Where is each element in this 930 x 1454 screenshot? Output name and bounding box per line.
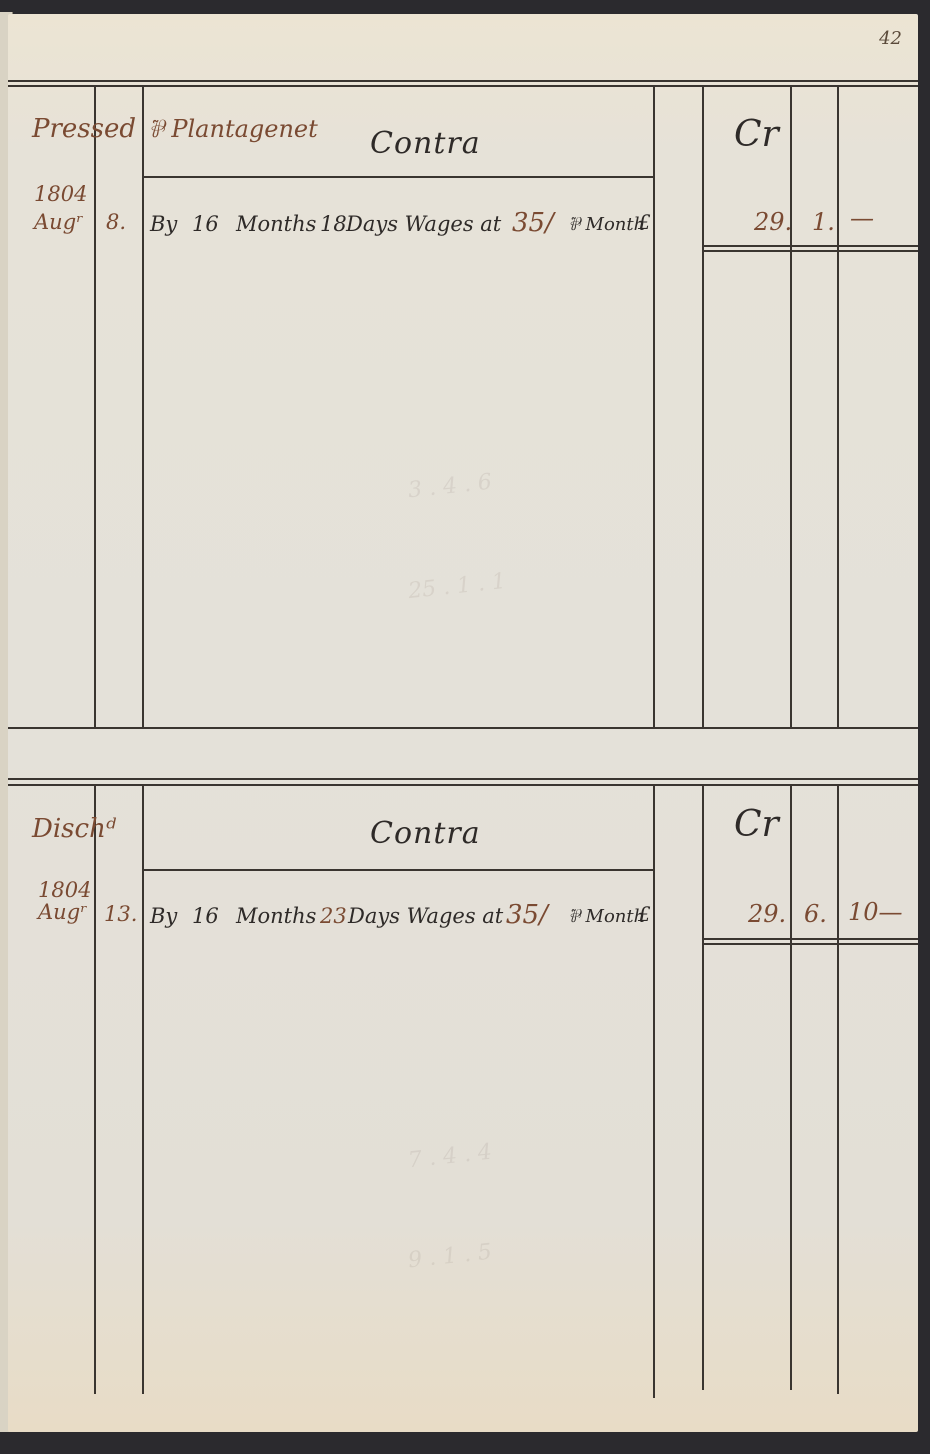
header-rule-bottom <box>8 85 918 87</box>
amount-shillings: 6. <box>804 900 827 928</box>
entry-day: 13. <box>104 902 137 926</box>
rate-suffix: ⅌ Month <box>568 904 645 928</box>
header-rule-bottom <box>8 784 918 786</box>
days-label: Days Wages at <box>346 212 501 236</box>
credit-heading: Cr <box>734 804 779 845</box>
bleed-through: 25 . 1 . 1 <box>407 569 507 604</box>
col-desc-folio <box>653 85 655 727</box>
amount-rule-2 <box>703 943 918 945</box>
contra-heading: Contra <box>370 126 481 161</box>
ledger-page: 42 Pressed ⅌ Plantagenet Contra Cr 1804 … <box>8 14 918 1432</box>
header-rule-top <box>8 80 918 82</box>
status-note: Dischᵈ <box>32 814 116 844</box>
col-pounds-shillings <box>790 784 792 1390</box>
status-note: Pressed <box>32 114 136 144</box>
months-count: 16 <box>192 904 219 928</box>
col-desc-folio <box>653 784 655 1398</box>
days-count: 18 <box>320 212 347 236</box>
bleed-through: 7 . 4 . 4 <box>407 1140 493 1174</box>
col-shillings-pence <box>837 784 839 1394</box>
amount-rule-1 <box>703 245 918 247</box>
entry-month: Augʳ <box>38 900 87 924</box>
entry-year: 1804 <box>38 878 91 902</box>
amount-shillings: 1. <box>812 208 835 236</box>
desc-prefix: By <box>150 904 177 928</box>
amount-rule-2 <box>703 250 918 252</box>
entry-day: 8. <box>106 210 126 234</box>
col-pounds-shillings <box>790 85 792 727</box>
col-date-day <box>94 784 96 1394</box>
amount-pounds: 29. <box>748 900 786 928</box>
col-day-desc <box>142 784 144 1394</box>
days-label: Days Wages at <box>348 904 503 928</box>
desc-prefix: By <box>150 212 177 236</box>
heading-separator <box>143 176 654 178</box>
vessel-note: ⅌ Plantagenet <box>148 112 318 145</box>
months-label: Months <box>236 904 316 928</box>
currency-mark: £ <box>638 902 651 926</box>
col-date-day <box>94 85 96 727</box>
page-number: 42 <box>879 28 902 49</box>
bleed-through: 9 . 1 . 5 <box>407 1240 493 1274</box>
col-folio-pounds <box>702 784 704 1390</box>
entry-year: 1804 <box>34 182 87 206</box>
bleed-through: 3 . 4 . 6 <box>407 470 493 504</box>
amount-pence: — <box>850 204 874 232</box>
credit-heading: Cr <box>734 114 779 155</box>
amount-rule-1 <box>703 938 918 940</box>
currency-mark: £ <box>638 210 651 234</box>
rate: 35/ <box>512 208 554 238</box>
block-bottom-rule <box>8 727 918 729</box>
months-label: Months <box>236 212 316 236</box>
rate: 35/ <box>506 900 548 930</box>
header-rule-top <box>8 778 918 780</box>
col-day-desc <box>142 85 144 727</box>
col-folio-pounds <box>702 85 704 727</box>
rate-suffix: ⅌ Month <box>568 212 645 236</box>
contra-heading: Contra <box>370 816 481 851</box>
entry-month: Augʳ <box>34 210 83 234</box>
heading-separator <box>143 869 654 871</box>
days-count: 23 <box>320 904 347 928</box>
amount-pence: 10— <box>848 898 903 926</box>
col-shillings-pence <box>837 85 839 727</box>
months-count: 16 <box>192 212 219 236</box>
amount-pounds: 29. <box>754 208 792 236</box>
